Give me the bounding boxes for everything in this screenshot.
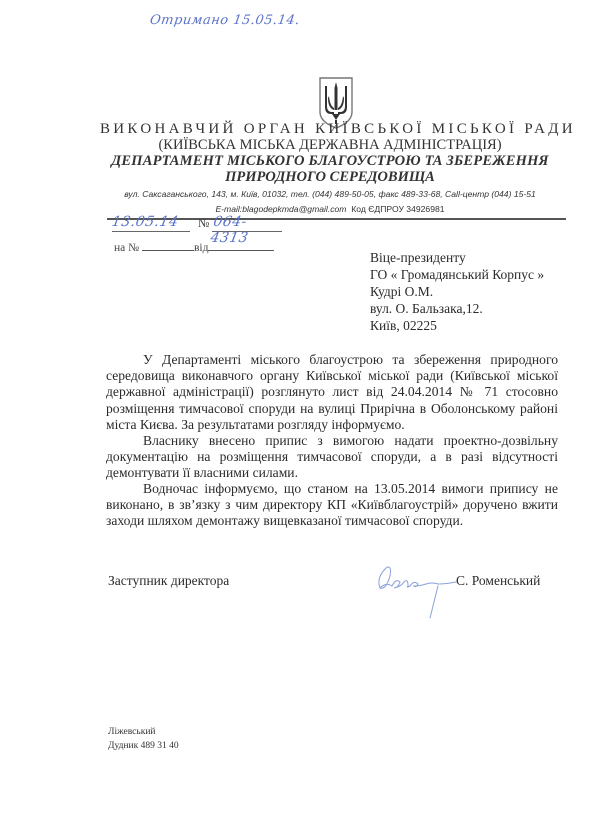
recipient-organization: ГО « Громадянський Корпус » [370, 267, 544, 283]
reply-number-blank [142, 240, 194, 251]
reply-reference-row: на № від [114, 240, 274, 254]
text-line: середовища виконавчого органу Київської … [106, 368, 558, 384]
text-line: заходи шляхом демонтажу вищевказаної тим… [106, 513, 558, 529]
text-line: розміщення тимчасової споруди на вулиці … [106, 401, 558, 417]
recipient-city: Київ, 02225 [370, 318, 437, 334]
text-line: міста Києва. За результатами розгляду ін… [106, 417, 558, 433]
text-line: демонтувати її власними силами. [106, 465, 558, 481]
signer-name: С. Роменський [456, 573, 540, 589]
text-line: виконано, в зв’язку з чим директору КП «… [106, 497, 558, 513]
signer-title: Заступник директора [108, 573, 229, 589]
letterhead-contacts: E-mail:blagodepkmda@gmail.com Код ЄДПРОУ… [100, 204, 560, 214]
reply-date-label: від [194, 242, 208, 254]
org-name-line2: (КИЇВСЬКА МІСЬКА ДЕРЖАВНА АДМІНІСТРАЦІЯ) [100, 137, 560, 154]
body-paragraph-3: Водночас інформуємо, що станом на 13.05.… [106, 481, 558, 530]
received-handwritten-note: Отримано 15.05.14. [149, 13, 301, 28]
reply-number-label: на № [114, 242, 139, 254]
executor-name: Ліжевський [108, 727, 156, 737]
department-name-line2: ПРИРОДНОГО СЕРЕДОВИЩА [100, 169, 560, 186]
body-paragraph-2: Власнику внесено припис з вимогою надати… [106, 433, 558, 482]
body-paragraph-1: У Департаменті міського благоустрою та з… [106, 352, 558, 433]
outgoing-date: 13.05.14 [111, 214, 180, 230]
outgoing-number-label: № [198, 216, 209, 231]
recipient-name: Кудрі О.М. [370, 284, 433, 300]
text-line: У Департаменті міського благоустрою та з… [106, 352, 558, 368]
text-line: Власнику внесено припис з вимогою надати… [106, 433, 558, 449]
outgoing-date-field: 13.05.14 [112, 214, 190, 232]
reply-date-blank [208, 240, 274, 251]
handwritten-signature-icon [372, 556, 472, 626]
letterhead-email: E-mail:blagodepkmda@gmail.com [215, 204, 346, 214]
outgoing-number-field: 064-4313 [212, 214, 282, 232]
recipient-street: вул. О. Бальзака,12. [370, 301, 483, 317]
text-line: Водночас інформуємо, що станом на 13.05.… [106, 481, 558, 497]
org-name-line1: ВИКОНАВЧИЙ ОРГАН КИЇВСЬКОЇ МІСЬКОЇ РАДИ [100, 121, 560, 138]
text-line: документацію на розміщення тимчасової сп… [106, 449, 558, 465]
executor-contact: Дудник 489 31 40 [108, 741, 179, 751]
department-name-line1: ДЕПАРТАМЕНТ МІСЬКОГО БЛАГОУСТРОЮ ТА ЗБЕР… [100, 153, 560, 170]
letterhead-edrpou: Код ЄДПРОУ 34926981 [351, 204, 444, 214]
recipient-position: Віце-президенту [370, 250, 466, 266]
text-line: державної адміністрації) розглянуто лист… [106, 384, 558, 400]
letterhead-address: вул. Саксаганського, 143, м. Київ, 01032… [100, 189, 560, 199]
